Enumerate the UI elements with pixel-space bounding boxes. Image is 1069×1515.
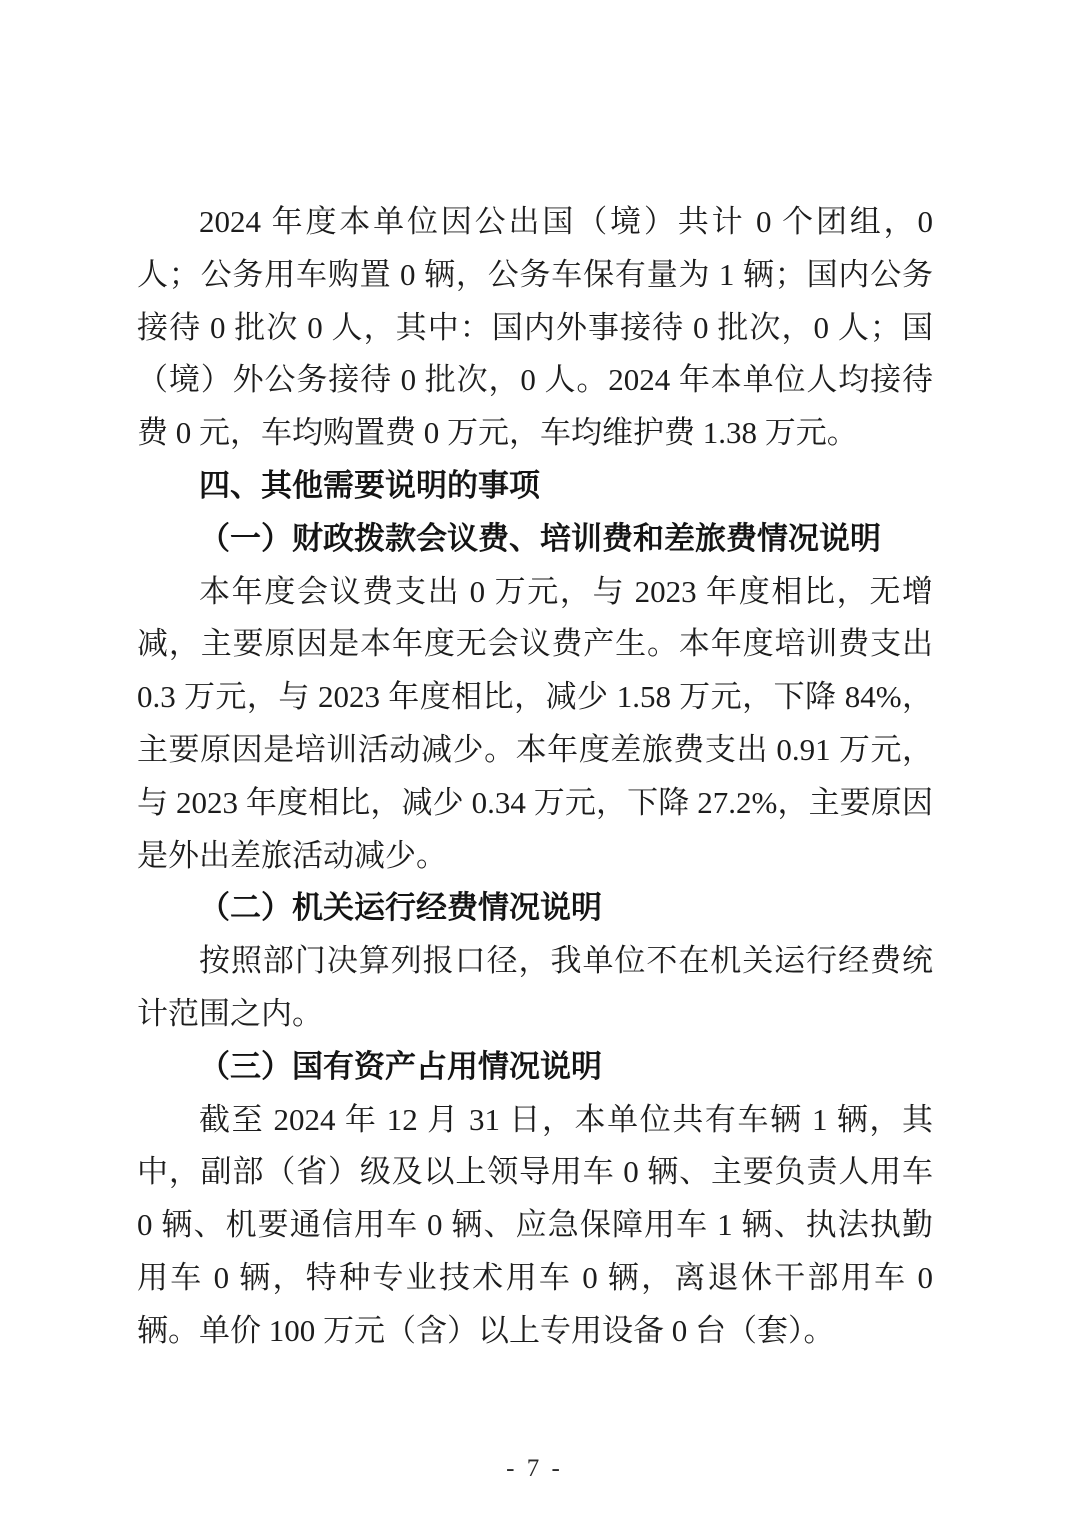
subsection-2-heading: （二）机关运行经费情况说明 xyxy=(137,882,933,935)
intro-paragraph: 2024 年度本单位因公出国（境）共计 0 个团组，0 人；公务用车购置 0 辆… xyxy=(137,196,933,460)
page-number: - 7 - xyxy=(0,1455,1069,1483)
subsection-3-heading: （三）国有资产占用情况说明 xyxy=(137,1041,933,1094)
subsection-1-paragraph: 本年度会议费支出 0 万元，与 2023 年度相比，无增减，主要原因是本年度无会… xyxy=(137,566,933,883)
subsection-3-paragraph: 截至 2024 年 12 月 31 日，本单位共有车辆 1 辆，其中，副部（省）… xyxy=(137,1094,933,1358)
document-body: 2024 年度本单位因公出国（境）共计 0 个团组，0 人；公务用车购置 0 辆… xyxy=(137,196,933,1358)
section-4-heading: 四、其他需要说明的事项 xyxy=(137,460,933,513)
document-page: 2024 年度本单位因公出国（境）共计 0 个团组，0 人；公务用车购置 0 辆… xyxy=(0,0,1069,1515)
subsection-1-heading: （一）财政拨款会议费、培训费和差旅费情况说明 xyxy=(137,513,933,566)
subsection-2-paragraph: 按照部门决算列报口径，我单位不在机关运行经费统计范围之内。 xyxy=(137,935,933,1041)
